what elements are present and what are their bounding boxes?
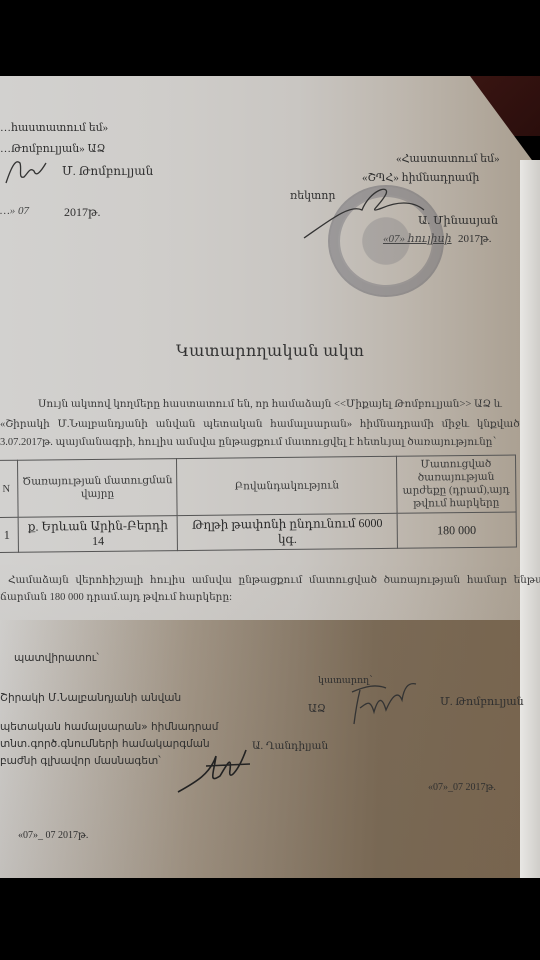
executor-name: Մ. Թոմբուլյան: [440, 695, 524, 708]
customer-signature: [176, 746, 254, 796]
left-year: 2017թ.: [64, 205, 101, 220]
customer-label: պատվիրատու՝: [14, 652, 99, 664]
cell-description: Թղթի թափոնի ընդունում 6000 կգ.: [177, 513, 397, 550]
cell-value: 180 000: [397, 512, 517, 548]
left-signature: [2, 155, 50, 187]
services-table: N Ծառայության մատուցման վայրը Բովանդակու…: [0, 455, 517, 553]
cell-place: ք. Երևան Արին-Բերդի 14: [18, 516, 178, 553]
left-handwritten-date: …» 07: [0, 205, 29, 217]
executor-date: «07»_07 2017թ.: [428, 782, 496, 793]
payment-line-1: Համաձայն վերոհիշյալի հուլիս ամսվա ընթացք…: [8, 574, 540, 586]
executor-org: ԱՁ: [308, 702, 326, 715]
intro-line-2: «Շիրակի Մ.Նալբանդյանի անվան պետական համա…: [0, 418, 520, 430]
intro-line-1: Սույն ակտով կողմերը հաստատում են, որ համ…: [38, 398, 502, 410]
bottom-black-border: [0, 878, 540, 960]
payment-line-2: ճարման 180 000 դրամ.այդ թվում հարկերը:: [0, 591, 232, 603]
header-value: Մատուցված ծառայության արժեքը (դրամ),այդ …: [396, 455, 516, 513]
header-description: Բովանդակություն: [177, 456, 397, 515]
customer-date: «07»_ 07 2017թ.: [18, 830, 88, 841]
executor-signature: [346, 678, 426, 728]
header-place: Ծառայության մատուցման վայրը: [18, 459, 178, 518]
intro-line-3: 3.07.2017թ. պայմանագրի, հուլիս ամսվա ընթ…: [0, 436, 496, 448]
customer-signer-name: Ա. Ղանդիլյան: [252, 740, 328, 752]
customer-line-4: բաժնի գլխավոր մասնագետ՝: [0, 755, 161, 767]
cell-number: 1: [0, 517, 18, 552]
left-signer-name: Մ. Թոմբուլյան: [62, 164, 153, 179]
table-header-row: N Ծառայության մատուցման վայրը Բովանդակու…: [0, 455, 516, 517]
table-row: 1 ք. Երևան Արին-Բերդի 14 Թղթի թափոնի ընդ…: [0, 512, 516, 552]
right-year: 2017թ.: [458, 232, 491, 245]
right-signature: [300, 180, 430, 240]
top-black-border: [0, 0, 540, 76]
left-approve-org: …Թոմբուլյան» ԱՁ: [0, 142, 105, 155]
right-signer-name: Ա. Մինասյան: [418, 213, 498, 227]
left-approve-label: …հաստատում եմ»: [0, 121, 108, 134]
right-handwritten-date: «07» հուլիսի: [383, 232, 452, 245]
underlying-page-edge: [520, 160, 540, 878]
right-approve-label: «Հաստատում եմ»: [396, 152, 500, 165]
header-number: N: [0, 460, 18, 517]
document-title: Կատարողական ակտ: [176, 341, 364, 361]
customer-line-2: պետական համալսարան» հիմնադրամ: [0, 721, 218, 733]
customer-line-1: Շիրակի Մ.Նալբանդյանի անվան: [0, 692, 181, 704]
